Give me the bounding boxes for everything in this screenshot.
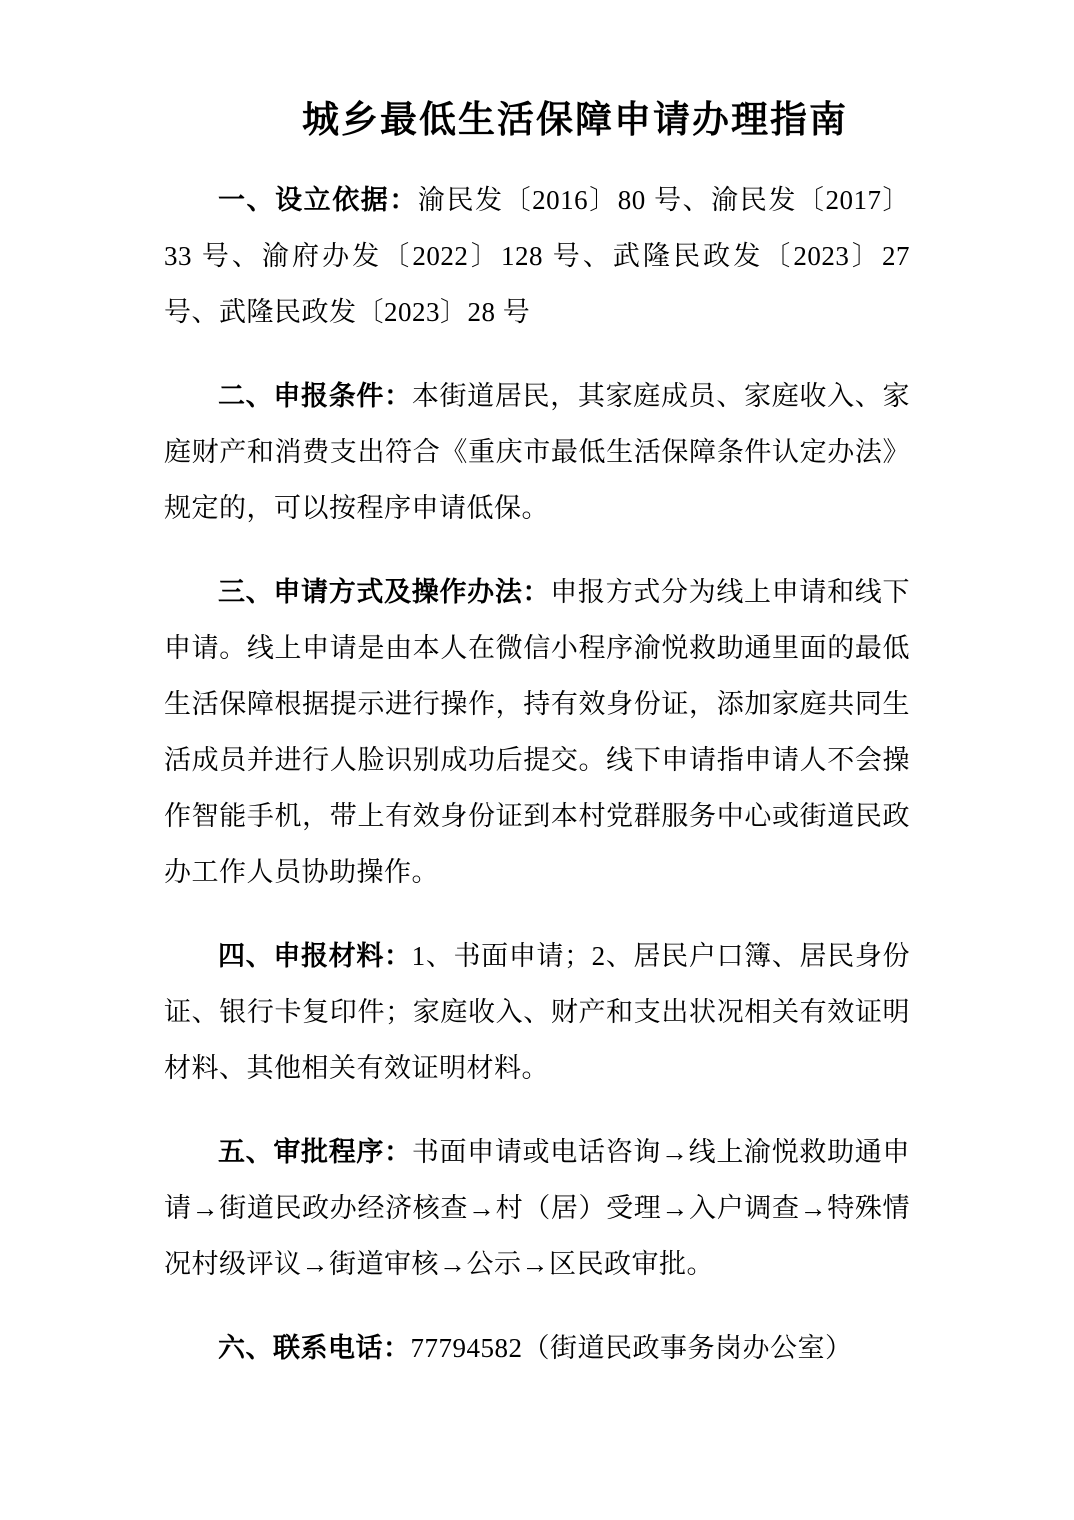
document-page: 城乡最低生活保障申请办理指南 一、设立依据：渝民发〔2016〕80 号、渝民发〔… <box>0 0 1074 1520</box>
section-label-5: 五、审批程序： <box>218 1137 412 1167</box>
section-label-6: 六、联系电话： <box>218 1333 411 1363</box>
paragraph-application-conditions: 二、申报条件：本街道居民，其家庭成员、家庭收入、家庭财产和消费支出符合《重庆市最… <box>164 368 910 536</box>
paragraph-contact-phone: 六、联系电话：77794582（街道民政事务岗办公室） <box>164 1320 910 1376</box>
paragraph-approval-procedure: 五、审批程序：书面申请或电话咨询→线上渝悦救助通申请→街道民政办经济核查→村（居… <box>164 1124 910 1292</box>
paragraph-application-materials: 四、申报材料：1、书面申请；2、居民户口簿、居民身份证、银行卡复印件；家庭收入、… <box>164 928 910 1096</box>
section-text-3: 申报方式分为线上申请和线下申请。线上申请是由本人在微信小程序渝悦救助通里面的最低… <box>164 577 910 887</box>
section-label-1: 一、设立依据： <box>218 185 418 215</box>
section-label-3: 三、申请方式及操作办法： <box>218 577 550 607</box>
section-label-4: 四、申报材料： <box>218 941 412 971</box>
section-label-2: 二、申报条件： <box>218 381 412 411</box>
paragraph-application-methods: 三、申请方式及操作办法：申报方式分为线上申请和线下申请。线上申请是由本人在微信小… <box>164 564 910 900</box>
paragraph-establishment-basis: 一、设立依据：渝民发〔2016〕80 号、渝民发〔2017〕33 号、渝府办发〔… <box>164 172 910 340</box>
document-body: 一、设立依据：渝民发〔2016〕80 号、渝民发〔2017〕33 号、渝府办发〔… <box>164 172 910 1376</box>
document-title: 城乡最低生活保障申请办理指南 <box>164 96 910 144</box>
section-text-6: 77794582（街道民政事务岗办公室） <box>411 1333 853 1363</box>
